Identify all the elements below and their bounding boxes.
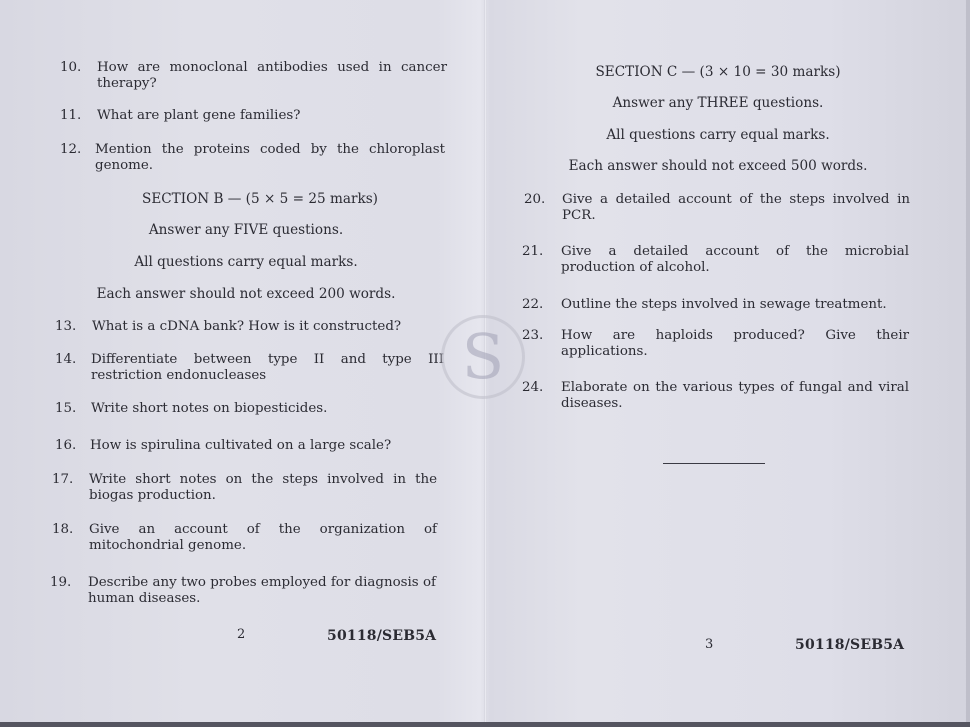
dna-logo-stamp: S bbox=[441, 315, 525, 399]
paper-code: 50118/SEB5A bbox=[795, 637, 904, 653]
section-b-heading: SECTION B — (5 × 5 = 25 marks) bbox=[60, 191, 460, 207]
section-b-instruction: All questions carry equal marks. bbox=[46, 254, 446, 270]
section-c-heading: SECTION C — (3 × 10 = 30 marks) bbox=[518, 64, 918, 80]
page-number: 3 bbox=[705, 637, 713, 652]
paper-code: 50118/SEB5A bbox=[327, 628, 436, 644]
scanner-bottom-edge bbox=[0, 722, 970, 727]
dna-s-logo-icon: S bbox=[444, 322, 522, 392]
section-c-instruction: Each answer should not exceed 500 words. bbox=[518, 158, 918, 174]
end-of-paper-rule bbox=[663, 463, 765, 464]
section-b-instruction: Answer any FIVE questions. bbox=[46, 222, 446, 238]
section-c-instruction: Answer any THREE questions. bbox=[518, 95, 918, 111]
section-c-instruction: All questions carry equal marks. bbox=[518, 127, 918, 143]
page-number: 2 bbox=[237, 627, 245, 642]
section-b-instruction: Each answer should not exceed 200 words. bbox=[46, 286, 446, 302]
paper-edge bbox=[966, 0, 970, 722]
